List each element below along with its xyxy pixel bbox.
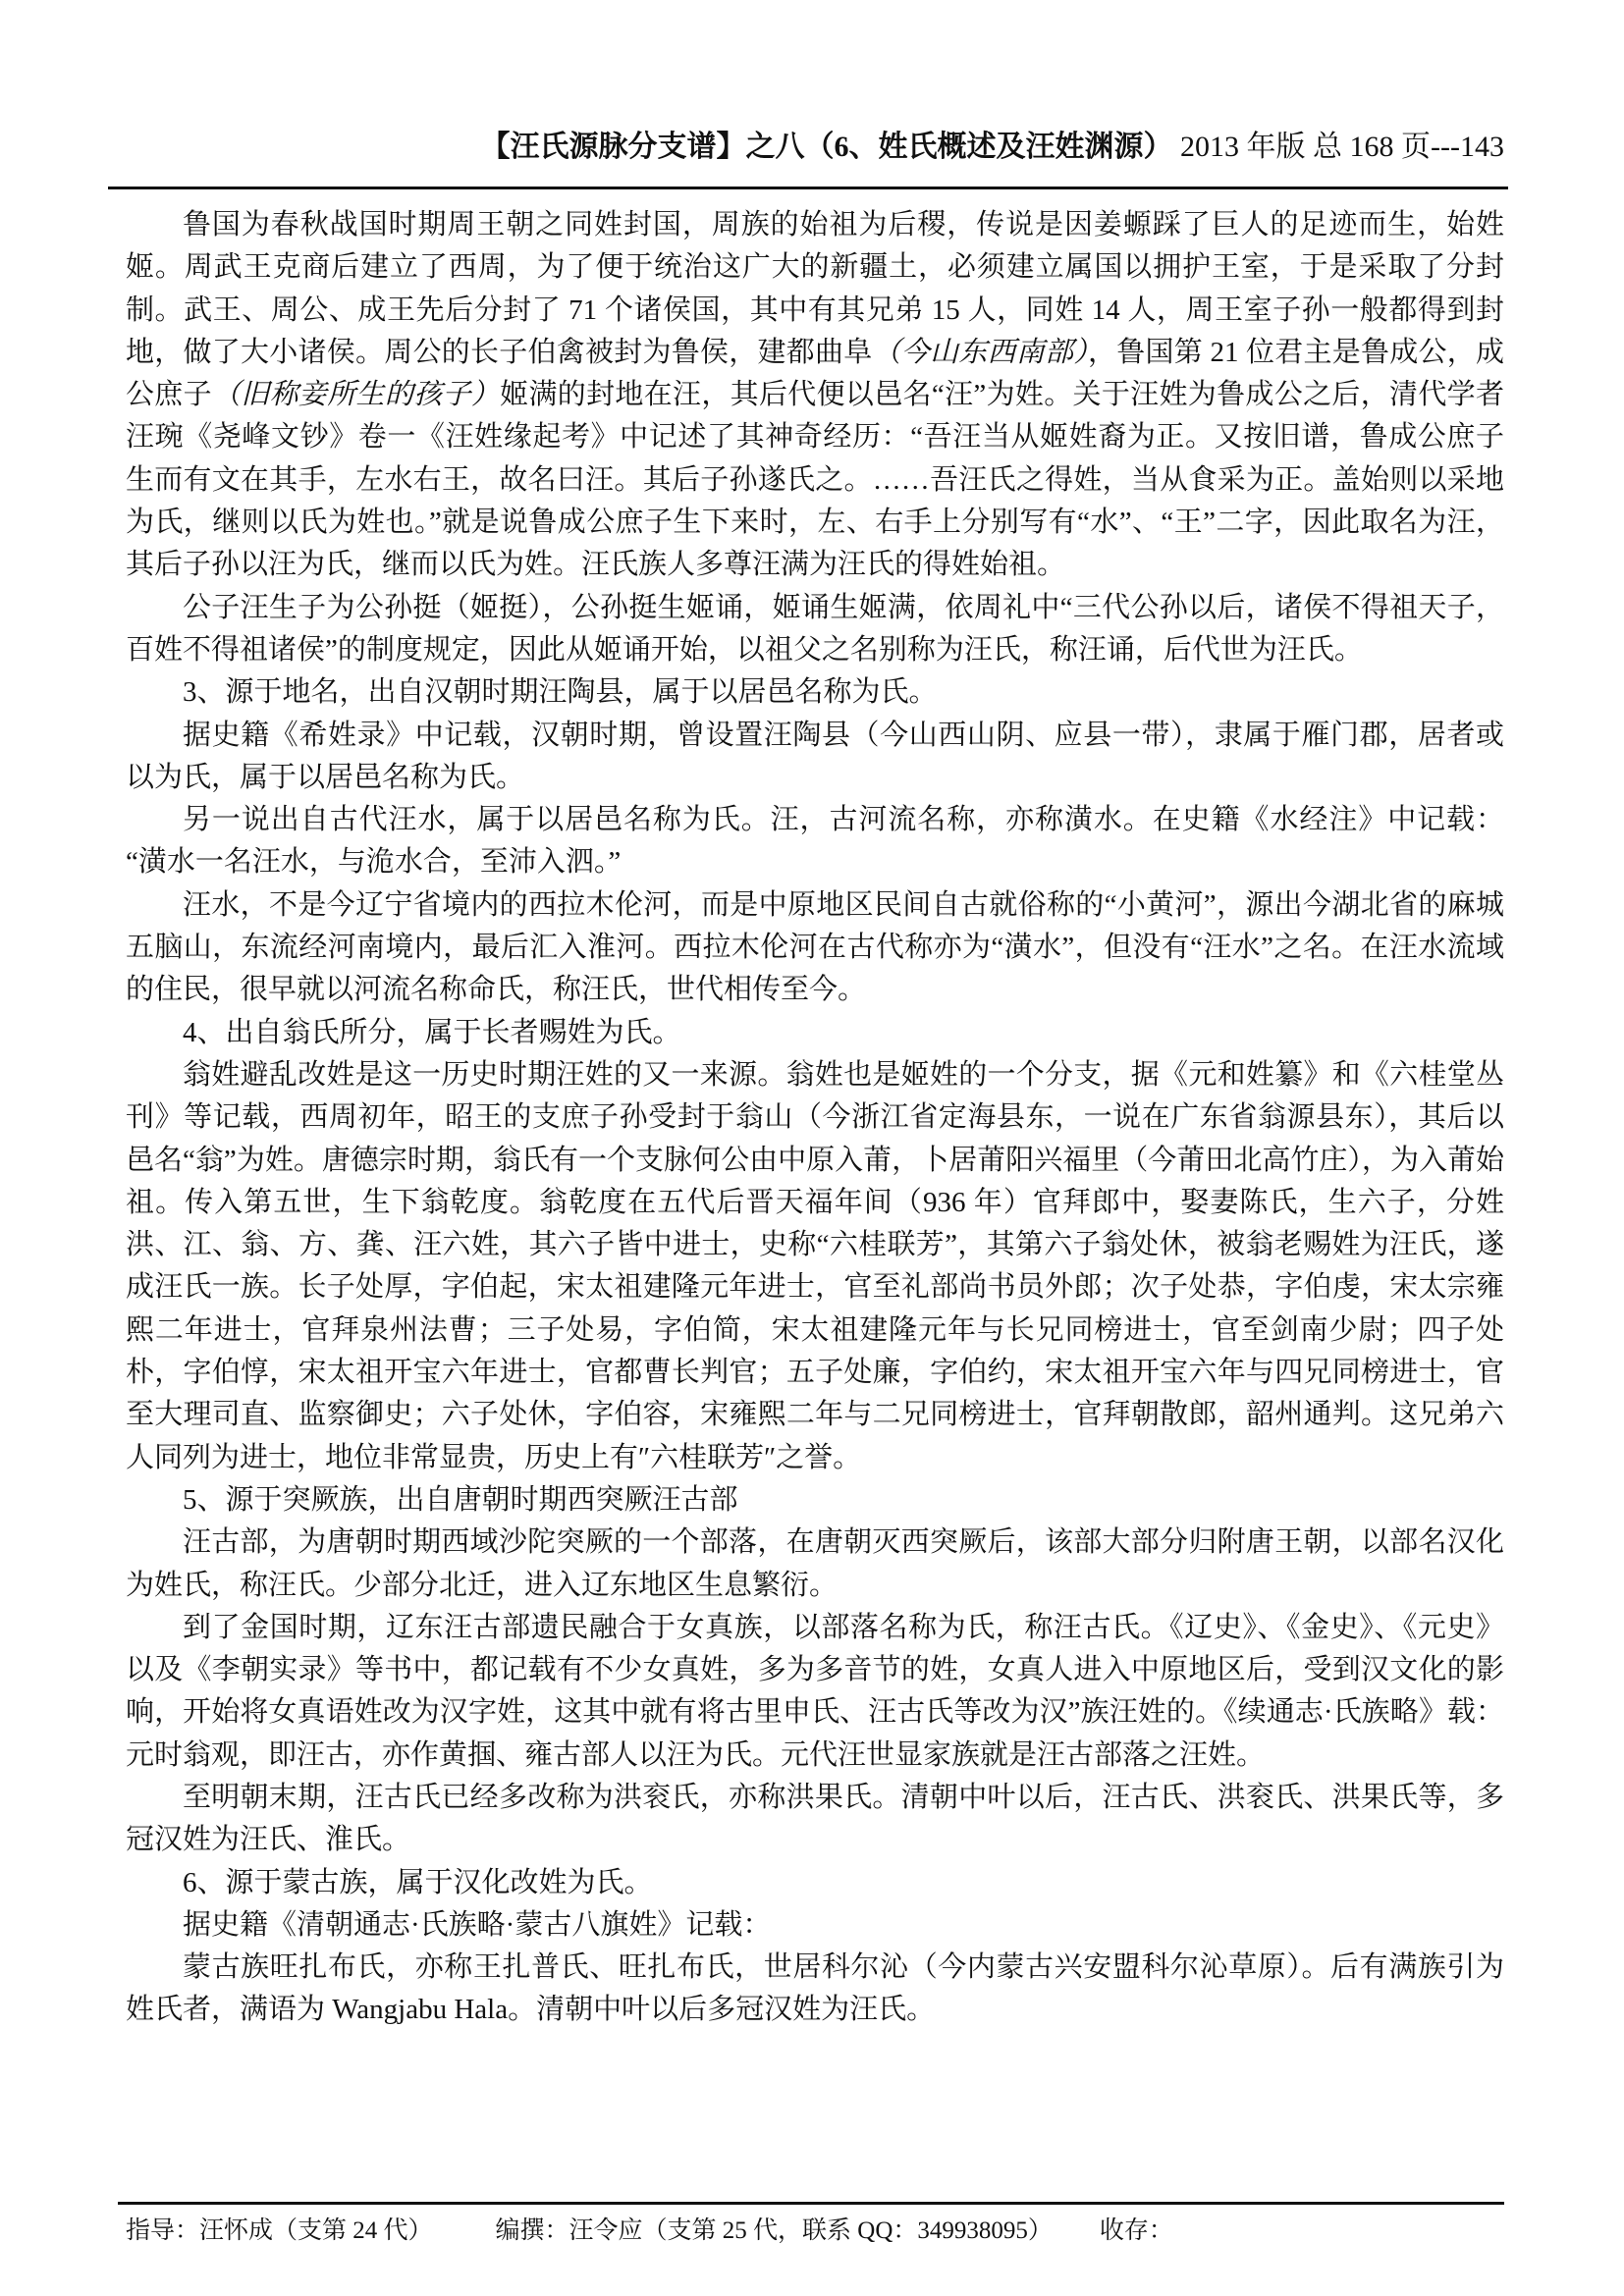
paragraph-segment: 3、源于地名，出自汉朝时期汪陶县，属于以居邑名称为氏。 bbox=[183, 676, 938, 708]
paragraph: 至明朝末期，汪古氏已经多改称为洪衮氏，亦称洪果氏。清朝中叶以后，汪古氏、洪衮氏、… bbox=[126, 1777, 1504, 1862]
page-header: 【汪氏源脉分支谱】之八（6、姓氏概述及汪姓渊源） 2013 年版 总 168 页… bbox=[126, 128, 1504, 167]
document-page: 【汪氏源脉分支谱】之八（6、姓氏概述及汪姓渊源） 2013 年版 总 168 页… bbox=[0, 0, 1624, 2296]
paragraph: 蒙古族旺扎布氏，亦称王扎普氏、旺扎布氏，世居科尔沁（今内蒙古兴安盟科尔沁草原）。… bbox=[126, 1947, 1504, 2032]
paragraph-segment: 汪古部，为唐朝时期西域沙陀突厥的一个部落，在唐朝灭西突厥后，该部大部分归附唐王朝… bbox=[126, 1526, 1504, 1600]
paragraph-segment: 据史籍《希姓录》中记载，汉朝时期，曾设置汪陶县（今山西山阴、应县一带），隶属于雁… bbox=[126, 720, 1504, 793]
paragraph: 据史籍《清朝通志·氏族略·蒙古八旗姓》记载： bbox=[126, 1904, 1504, 1947]
paragraph-segment: 汪水，不是今辽宁省境内的西拉木伦河，而是中原地区民间自古就俗称的“小黄河”，源出… bbox=[126, 889, 1504, 1006]
paragraph: 鲁国为春秋战国时期周王朝之同姓封国，周族的始祖为后稷，传说是因姜螈踩了巨人的足迹… bbox=[126, 204, 1504, 587]
paragraph-segment: 另一说出自古代汪水，属于以居邑名称为氏。汪，古河流名称，亦称潢水。在史籍《水经注… bbox=[126, 804, 1504, 878]
page-header-meta: 2013 年版 总 168 页---143 bbox=[1173, 131, 1504, 163]
paragraph-segment: 到了金国时期，辽东汪古部遗民融合于女真族，以部落名称为氏，称汪古氏。《辽史》、《… bbox=[126, 1612, 1504, 1771]
document-body: 鲁国为春秋战国时期周王朝之同姓封国，周族的始祖为后稷，传说是因姜螈踩了巨人的足迹… bbox=[126, 204, 1504, 2032]
paragraph: 汪古部，为唐朝时期西域沙陀突厥的一个部落，在唐朝灭西突厥后，该部大部分归附唐王朝… bbox=[126, 1522, 1504, 1607]
paragraph: 3、源于地名，出自汉朝时期汪陶县，属于以居邑名称为氏。 bbox=[126, 671, 1504, 714]
paragraph: 5、源于突厥族，出自唐朝时期西突厥汪古部 bbox=[126, 1479, 1504, 1522]
paragraph: 公子汪生子为公孙挺（姬挺），公孙挺生姬诵，姬诵生姬满，依周礼中“三代公孙以后，诸… bbox=[126, 587, 1504, 672]
paragraph-segment: 蒙古族旺扎布氏，亦称王扎普氏、旺扎布氏，世居科尔沁（今内蒙古兴安盟科尔沁草原）。… bbox=[126, 1951, 1504, 2025]
paragraph: 另一说出自古代汪水，属于以居邑名称为氏。汪，古河流名称，亦称潢水。在史籍《水经注… bbox=[126, 799, 1504, 884]
paragraph-segment: 4、出自翁氏所分，属于长者赐姓为氏。 bbox=[183, 1017, 681, 1048]
footer-supervisor: 指导：汪怀成（支第 24 代） bbox=[126, 2217, 433, 2244]
page-footer: 指导：汪怀成（支第 24 代）编撰：汪令应（支第 25 代，联系 QQ：3499… bbox=[118, 2202, 1504, 2248]
paragraph: 到了金国时期，辽东汪古部遗民融合于女真族，以部落名称为氏，称汪古氏。《辽史》、《… bbox=[126, 1607, 1504, 1777]
paragraph-segment: 5、源于突厥族，出自唐朝时期西突厥汪古部 bbox=[183, 1484, 738, 1516]
header-divider bbox=[108, 187, 1508, 189]
paragraph: 6、源于蒙古族，属于汉化改姓为氏。 bbox=[126, 1862, 1504, 1904]
footer-text: 指导：汪怀成（支第 24 代）编撰：汪令应（支第 25 代，联系 QQ：3499… bbox=[118, 2215, 1504, 2248]
paragraph: 汪水，不是今辽宁省境内的西拉木伦河，而是中原地区民间自古就俗称的“小黄河”，源出… bbox=[126, 884, 1504, 1012]
paragraph-segment: 据史籍《清朝通志·氏族略·蒙古八旗姓》记载： bbox=[183, 1909, 771, 1941]
footer-divider bbox=[118, 2202, 1504, 2205]
paragraph: 翁姓避乱改姓是这一历史时期汪姓的又一来源。翁姓也是姬姓的一个分支，据《元和姓纂》… bbox=[126, 1054, 1504, 1479]
page-header-title: 【汪氏源脉分支谱】之八（6、姓氏概述及汪姓渊源） bbox=[481, 131, 1173, 163]
paragraph: 4、出自翁氏所分，属于长者赐姓为氏。 bbox=[126, 1012, 1504, 1054]
footer-editor: 编撰：汪令应（支第 25 代，联系 QQ：349938095） bbox=[496, 2217, 1053, 2244]
paragraph-segment: 公子汪生子为公孙挺（姬挺），公孙挺生姬诵，姬诵生姬满，依周礼中“三代公孙以后，诸… bbox=[126, 592, 1504, 666]
footer-keeper: 收存： bbox=[1100, 2217, 1173, 2244]
paragraph-segment: （今山东西南部） bbox=[872, 337, 1088, 368]
paragraph-segment: 6、源于蒙古族，属于汉化改姓为氏。 bbox=[183, 1867, 653, 1898]
paragraph-segment: （旧称妾所生的孩子） bbox=[212, 379, 500, 410]
paragraph-segment: 翁姓避乱改姓是这一历史时期汪姓的又一来源。翁姓也是姬姓的一个分支，据《元和姓纂》… bbox=[126, 1059, 1504, 1473]
paragraph: 据史籍《希姓录》中记载，汉朝时期，曾设置汪陶县（今山西山阴、应县一带），隶属于雁… bbox=[126, 715, 1504, 800]
paragraph-segment: 至明朝末期，汪古氏已经多改称为洪衮氏，亦称洪果氏。清朝中叶以后，汪古氏、洪衮氏、… bbox=[126, 1782, 1504, 1855]
